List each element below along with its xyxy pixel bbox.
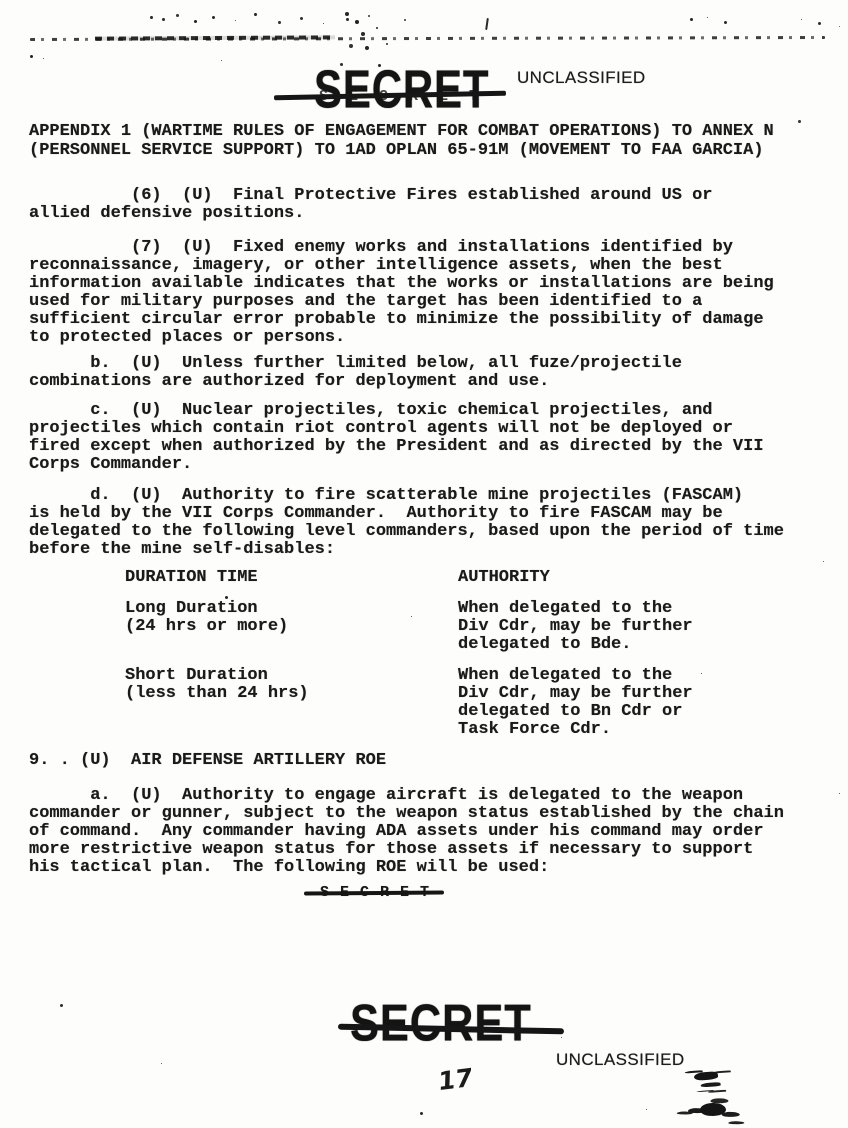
paragraph-b: b. (U) Unless further limited below, all… xyxy=(29,355,682,391)
scan-speckles xyxy=(345,12,349,16)
duration-time-header: DURATION TIME xyxy=(125,569,258,587)
scan-speckles xyxy=(798,120,801,123)
scan-speckles xyxy=(690,18,693,21)
short-duration-cell: Short Duration (less than 24 hrs) xyxy=(125,667,309,703)
ink-smudge xyxy=(700,1102,727,1116)
paragraph-d: d. (U) Authority to fire scatterable min… xyxy=(29,487,784,559)
scan-speckles xyxy=(225,596,228,599)
document-page: S E C R E T SECRET UNCLASSIFIED APPENDIX… xyxy=(0,0,848,1128)
section-9-heading: 9. . (U) AIR DEFENSE ARTILLERY ROE xyxy=(29,752,386,770)
scan-speckles xyxy=(60,1004,63,1007)
paragraph-9a: a. (U) Authority to engage aircraft is d… xyxy=(29,787,784,877)
short-duration-authority-cell: When delegated to the Div Cdr, may be fu… xyxy=(458,667,693,739)
authority-header: AUTHORITY xyxy=(458,569,550,587)
scan-speckles xyxy=(30,55,33,58)
long-duration-authority-cell: When delegated to the Div Cdr, may be fu… xyxy=(458,600,693,654)
handwritten-page-number: 17 xyxy=(438,1063,474,1097)
ink-smudge xyxy=(694,1071,718,1081)
secret-stamp: SECRET xyxy=(314,62,489,116)
paragraph-7: (7) (U) Fixed enemy works and installati… xyxy=(29,239,774,347)
scan-speckles xyxy=(150,16,153,19)
paragraph-c: c. (U) Nuclear projectiles, toxic chemic… xyxy=(29,402,764,474)
unclassified-marking: UNCLASSIFIED xyxy=(556,1050,685,1070)
appendix-title: APPENDIX 1 (WARTIME RULES OF ENGAGEMENT … xyxy=(29,122,774,160)
scan-speckles xyxy=(485,18,489,30)
paragraph-6: (6) (U) Final Protective Fires establish… xyxy=(29,187,713,223)
unclassified-marking: UNCLASSIFIED xyxy=(517,68,646,88)
secret-stamp: SECRET xyxy=(350,997,532,1049)
long-duration-cell: Long Duration (24 hrs or more) xyxy=(125,600,288,636)
